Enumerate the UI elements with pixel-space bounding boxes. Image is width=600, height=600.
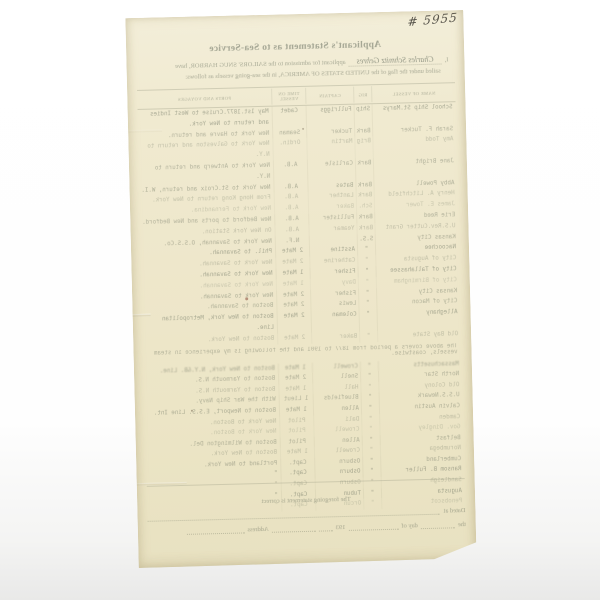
table-cell: A.B. bbox=[273, 160, 308, 182]
table-cell: S.S. bbox=[357, 234, 375, 245]
table-cell: School Ship St.Marys bbox=[372, 102, 457, 126]
table-cell: " bbox=[359, 309, 378, 331]
table-cell: " bbox=[361, 392, 379, 403]
table-cell: Seaman bbox=[272, 127, 306, 139]
table-cell: Capt. bbox=[280, 458, 314, 469]
document-title: Applicant's Statement as to Sea-Service bbox=[126, 38, 464, 56]
table-cell: Cadet bbox=[272, 106, 307, 128]
table-cell: Baker bbox=[311, 331, 359, 343]
column-header-time: TIME ON VESSEL bbox=[271, 88, 305, 105]
table-cell: Amy Todd bbox=[372, 135, 457, 159]
table-cell: " bbox=[361, 424, 379, 435]
column-header-rig: RIG bbox=[353, 86, 371, 102]
table-cell: 2 Mate bbox=[276, 300, 310, 312]
table-cell: 2 Mate bbox=[277, 311, 312, 333]
table-cell: " bbox=[358, 288, 376, 299]
table-cell: " bbox=[362, 456, 380, 467]
table-cell: A.B. bbox=[274, 192, 308, 204]
table-cell: 2 Mate bbox=[275, 246, 309, 258]
table-cell: Bark bbox=[355, 158, 374, 180]
table-cell: Boston to New York. bbox=[143, 333, 277, 347]
sea-service-table: NAME OF VESSEL RIG CAPTAIN TIME ON VESSE… bbox=[137, 82, 465, 514]
table-cell: 2 Mate bbox=[275, 257, 309, 269]
photo-canvas: Applicant's Statement as to Sea-Service … bbox=[0, 0, 600, 600]
the-label: the bbox=[458, 521, 466, 528]
table-cell: Osburn bbox=[314, 456, 362, 468]
day-of-label: day of bbox=[401, 522, 418, 529]
blank-line bbox=[348, 522, 398, 531]
blank-line bbox=[421, 520, 455, 529]
table-cell: " bbox=[360, 361, 378, 372]
table-body-deep-sea: School Ship St.MarysShipFullriggsCadetMa… bbox=[138, 102, 462, 347]
table-cell: Sch. bbox=[356, 201, 374, 212]
table-cell: Jane Bright bbox=[373, 156, 458, 180]
blank-line bbox=[186, 525, 244, 534]
table-cell bbox=[309, 234, 357, 246]
table-cell: Bark bbox=[355, 180, 373, 191]
table-cell: Ordin. bbox=[272, 138, 307, 160]
table-cell: Bark bbox=[354, 126, 372, 137]
blank-line bbox=[272, 524, 316, 533]
table-cell: " bbox=[357, 245, 375, 256]
applicant-name-handwritten: Charles Schmitz Gehres bbox=[349, 54, 442, 66]
table-cell: Lewis bbox=[310, 299, 358, 311]
table-cell: Cumberland bbox=[380, 454, 464, 467]
table-cell: A.B. bbox=[274, 225, 308, 237]
table-cell: 1 Mate bbox=[276, 279, 310, 291]
address-label: Address bbox=[247, 526, 268, 534]
table-cell: " bbox=[358, 277, 376, 288]
table-cell: " bbox=[361, 414, 379, 425]
table-cell: Kansas City bbox=[375, 232, 459, 245]
table-cell: 1 Mate bbox=[275, 268, 309, 280]
dated-at-label: Dated at bbox=[444, 507, 466, 515]
table-cell: A.B. bbox=[274, 214, 308, 226]
table-cell: Carlisle bbox=[307, 159, 356, 182]
table-cell: " bbox=[359, 331, 377, 342]
year-label: 193 bbox=[336, 524, 346, 531]
intro-suffix: applicant for admission to the SAILORS' … bbox=[175, 59, 346, 70]
table-cell: Bark bbox=[356, 212, 374, 223]
table-cell: Bark bbox=[356, 223, 374, 234]
table-cell: " bbox=[362, 435, 380, 446]
table-cell: " bbox=[361, 403, 379, 414]
table-cell: 2 Mate bbox=[276, 289, 310, 301]
table-cell: Old Bay State bbox=[377, 329, 461, 342]
bleed-through-layer: Applicant's Statement as to Sea-Service … bbox=[125, 10, 476, 568]
table-cell: Ship bbox=[354, 104, 373, 126]
table-cell: A.B. bbox=[273, 181, 307, 193]
table-cell: Coleman bbox=[311, 310, 360, 333]
table-cell: Fullriggs bbox=[306, 105, 355, 128]
table-cell: Catherine bbox=[309, 256, 357, 268]
intro-prefix: I, bbox=[445, 56, 449, 63]
date-address-line: the day of 193 Address bbox=[148, 520, 466, 536]
column-header-voyages: PORTS AND VOYAGES bbox=[137, 93, 271, 103]
table-cell: Bark bbox=[356, 191, 374, 202]
table-cell: " bbox=[362, 467, 380, 478]
table-cell: " bbox=[360, 371, 378, 382]
table-cell: Alleghany bbox=[377, 307, 462, 331]
table-cell: City of Macon bbox=[376, 296, 460, 309]
dated-at-line: Dated at bbox=[147, 506, 465, 522]
statement-correct-line: The foregoing statement is correct bbox=[147, 493, 465, 508]
table-cell: Brig bbox=[354, 137, 373, 159]
document-paper: Applicant's Statement as to Sea-Service … bbox=[125, 10, 476, 568]
table-cell: Martin bbox=[306, 137, 355, 160]
table-cell: " bbox=[357, 266, 375, 277]
table-cell: A.B. bbox=[274, 203, 308, 215]
blank-line bbox=[147, 507, 439, 522]
table-cell: N.F. bbox=[275, 235, 309, 247]
table-cell: City of Augusta bbox=[375, 253, 459, 266]
blank-line bbox=[319, 523, 333, 531]
table-cell: 2 Mate bbox=[277, 333, 311, 345]
table-cell: " bbox=[360, 382, 378, 393]
table-cell: " bbox=[362, 445, 380, 456]
table-cell: " bbox=[357, 255, 375, 266]
table-cell: " bbox=[358, 299, 376, 310]
column-header-vessel: NAME OF VESSEL bbox=[371, 84, 455, 102]
closing-block: The foregoing statement is correct Dated… bbox=[147, 478, 466, 536]
column-header-captain: CAPTAIN bbox=[305, 87, 353, 104]
